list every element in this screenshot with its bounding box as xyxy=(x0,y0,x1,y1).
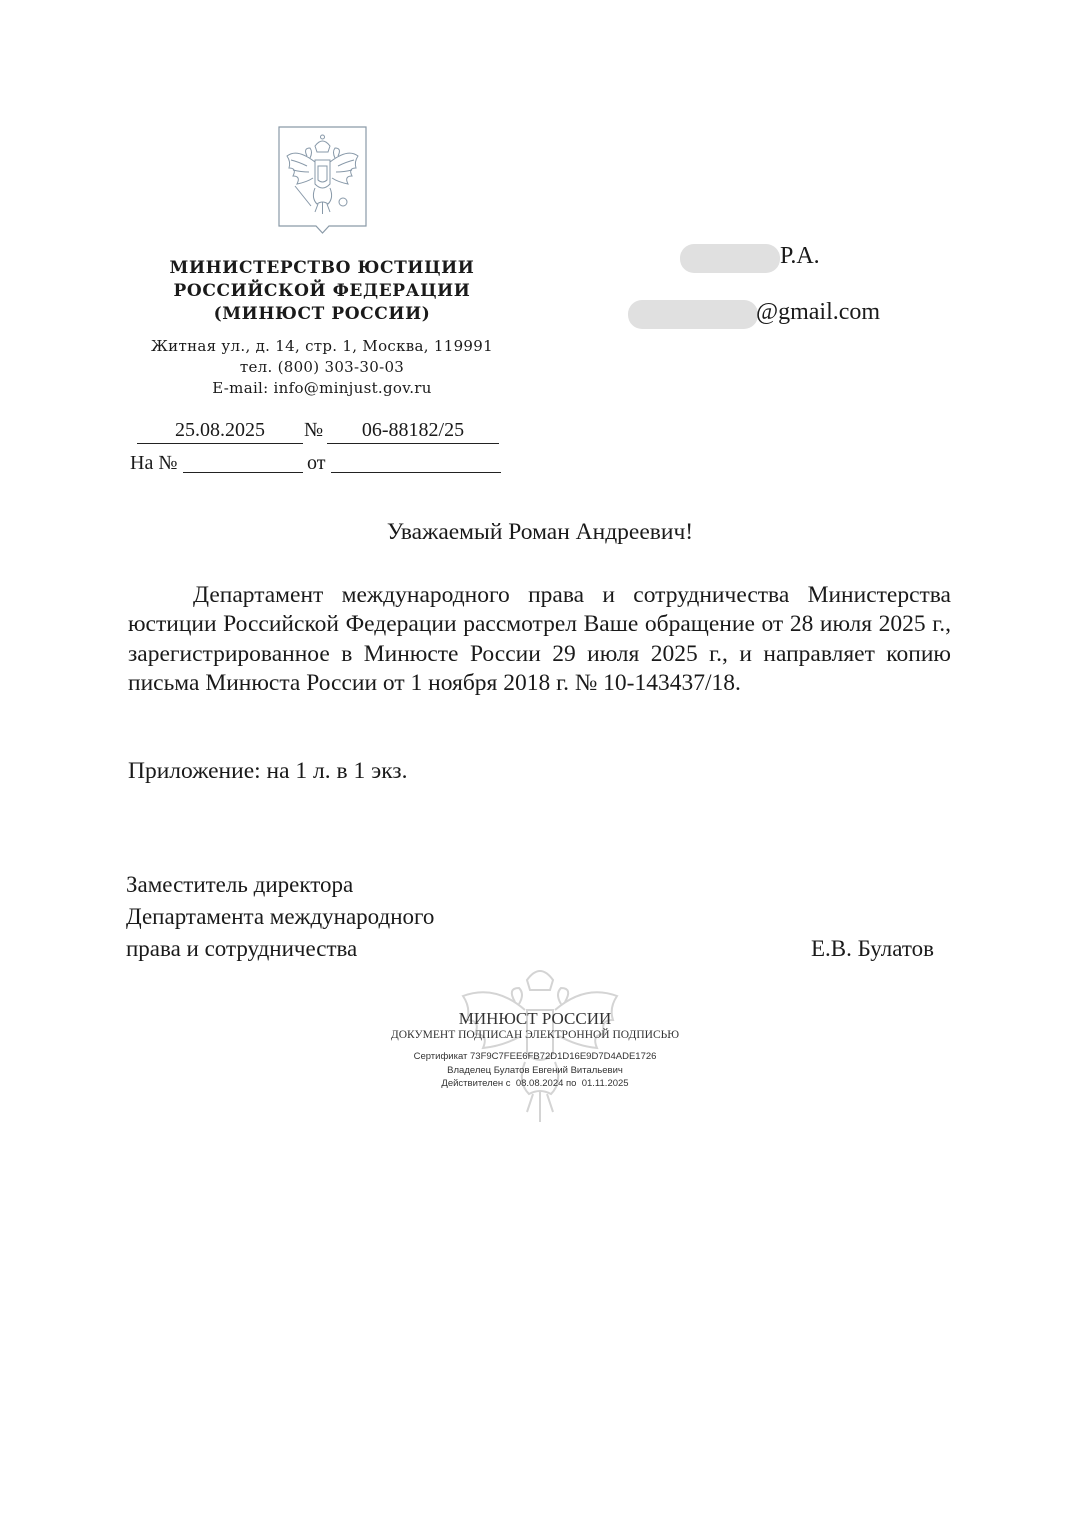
letter-body: Департамент международного права и сотру… xyxy=(128,581,951,698)
letter-number: 06-88182/25 xyxy=(327,419,499,444)
stamp-title: МИНЮСТ РОССИИ xyxy=(390,1009,680,1029)
eagle-watermark-icon xyxy=(455,962,625,1127)
org-name-line-1: МИНИСТЕРСТВО ЮСТИЦИИ xyxy=(122,257,522,279)
reference-from-label: от xyxy=(307,452,325,475)
redacted-surname xyxy=(680,244,780,273)
org-name-line-2: РОССИЙСКОЙ ФЕДЕРАЦИИ xyxy=(122,280,522,302)
stamp-owner: Владелец Булатов Евгений Витальевич xyxy=(390,1065,680,1076)
signatory-position-line-2: Департамента международного xyxy=(126,904,434,930)
attachment-note: Приложение: на 1 л. в 1 экз. xyxy=(128,757,407,786)
stamp-subtitle: ДОКУМЕНТ ПОДПИСАН ЭЛЕКТРОННОЙ ПОДПИСЬЮ xyxy=(390,1029,680,1041)
recipient-email-domain: @gmail.com xyxy=(756,299,880,326)
electronic-signature-stamp: МИНЮСТ РОССИИ ДОКУМЕНТ ПОДПИСАН ЭЛЕКТРОН… xyxy=(390,962,690,1127)
signatory-position-line-3: права и сотрудничества xyxy=(126,936,357,962)
stamp-validity: Действителен с 08.08.2024 по 01.11.2025 xyxy=(390,1078,680,1089)
org-name-line-3: (МИНЮСТ РОССИИ) xyxy=(122,303,522,325)
reference-number-label: На № xyxy=(130,452,177,475)
org-phone: тел. (800) 303-30-03 xyxy=(122,357,522,378)
redacted-email-user xyxy=(628,300,758,329)
reference-date-blank xyxy=(331,452,501,473)
coat-of-arms-icon xyxy=(277,126,368,236)
letter-date: 25.08.2025 xyxy=(137,419,303,444)
number-sign: № xyxy=(304,419,323,442)
reference-number-blank xyxy=(183,452,303,473)
stamp-certificate: Сертификат 73F9C7FEE6FB72D1D16E9D7D4ADE1… xyxy=(390,1051,680,1062)
signatory-name: Е.В. Булатов xyxy=(811,936,934,962)
salutation: Уважаемый Роман Андреевич! xyxy=(0,518,1080,547)
recipient-initials: Р.А. xyxy=(780,243,820,270)
org-email: E-mail: info@minjust.gov.ru xyxy=(122,378,522,399)
signatory-position-line-1: Заместитель директора xyxy=(126,872,353,898)
org-address: Житная ул., д. 14, стр. 1, Москва, 11999… xyxy=(122,336,522,357)
